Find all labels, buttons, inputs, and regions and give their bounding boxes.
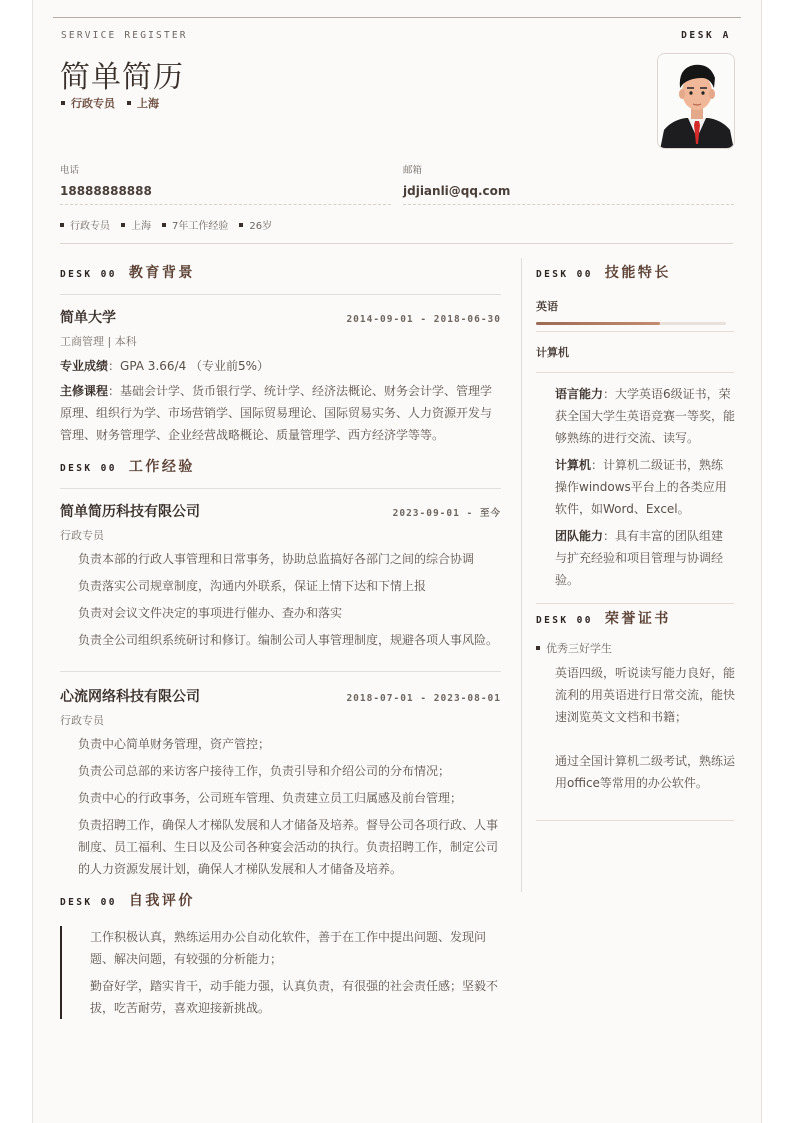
- job-date: 2018-07-01 - 2023-08-01: [346, 693, 501, 704]
- job-duty: 负责中心的行政事务，公司班车管理、负责建立员工归属感及前台管理；: [60, 787, 501, 809]
- section-title: 荣誉证书: [605, 608, 671, 628]
- job-role: 行政专员: [60, 527, 501, 543]
- left-column: DESK 00 教育背景 简单大学 2014-09-01 - 2018-06-3…: [60, 262, 501, 1019]
- job-entry: 心流网络科技有限公司 2018-07-01 - 2023-08-01 行政专员 …: [60, 686, 501, 880]
- self-eval-paragraph: 工作积极认真，熟练运用办公自动化软件，善于在工作中提出问题、发现问题、解决问题，…: [90, 926, 501, 970]
- skill-divider: [536, 331, 734, 332]
- skill-detail: 语言能力：大学英语6级证书，荣获全国大学生英语竞赛一等奖，能够熟练的进行交流、读…: [536, 383, 735, 449]
- gpa-label: 专业成绩: [60, 359, 108, 373]
- section-header: DESK 00 教育背景: [60, 262, 501, 295]
- job-role: 行政专员: [60, 712, 501, 728]
- work-section: DESK 00 工作经验 简单简历科技有限公司 2023-09-01 - 至今 …: [60, 456, 501, 880]
- skill-detail-label: 语言能力: [555, 387, 603, 401]
- meta-tags: 行政专员 上海 7年工作经验 26岁: [60, 217, 272, 232]
- skill-detail-label: 计算机: [555, 458, 591, 472]
- job-duty: 负责公司总部的来访客户接待工作，负责引导和介绍公司的分布情况；: [60, 760, 501, 782]
- honor-paragraph: 通过全国计算机二级考试，熟练运用office等常用的办公软件。: [536, 750, 735, 794]
- skill-progress-fill: [536, 322, 660, 325]
- job-entry: 简单简历科技有限公司 2023-09-01 - 至今 行政专员 负责本部的行政人…: [60, 501, 501, 651]
- service-label: SERVICE REGISTER: [61, 30, 188, 41]
- top-rule: [53, 17, 741, 18]
- section-desk-label: DESK 00: [60, 463, 117, 474]
- section-title: 教育背景: [129, 262, 195, 282]
- meta-tag: 7年工作经验: [162, 217, 228, 232]
- courses-value: ：基础会计学、货币银行学、统计学、经济法概论、财务会计学、管理学原理、组织行为学…: [60, 384, 492, 442]
- job-row: 心流网络科技有限公司 2018-07-01 - 2023-08-01: [60, 686, 501, 706]
- education-date: 2014-09-01 - 2018-06-30: [346, 314, 501, 325]
- right-column: DESK 00 技能特长 英语 计算机 语言能力：大学英语6级证书，荣获全国大学…: [521, 258, 735, 892]
- avatar-portrait-icon: [658, 54, 735, 149]
- header-divider: [60, 243, 733, 244]
- skill-progress-bar: [536, 322, 726, 325]
- phone-block: 电话 18888888888: [60, 162, 391, 205]
- job-date: 2023-09-01 - 至今: [393, 505, 501, 519]
- skill-name: 英语: [536, 298, 735, 314]
- courses-label: 主修课程: [60, 384, 108, 398]
- header-tags: 行政专员 上海: [61, 95, 159, 111]
- section-header: DESK 00 自我评价: [60, 890, 501, 920]
- section-desk-label: DESK 00: [60, 269, 117, 280]
- section-desk-label: DESK 00: [60, 897, 117, 908]
- job-row: 简单简历科技有限公司 2023-09-01 - 至今: [60, 501, 501, 521]
- section-desk-label: DESK 00: [536, 615, 593, 626]
- education-section: DESK 00 教育背景 简单大学 2014-09-01 - 2018-06-3…: [60, 262, 501, 446]
- section-header: DESK 00 工作经验: [60, 456, 501, 489]
- skill-name: 计算机: [536, 344, 735, 360]
- section-header: DESK 00 技能特长: [536, 258, 735, 292]
- skill-detail: 团队能力：具有丰富的团队组建与扩充经验和项目管理与协调经验。: [536, 525, 735, 591]
- email-value[interactable]: jdjianli@qq.com: [403, 184, 734, 205]
- courses-line: 主修课程：基础会计学、货币银行学、统计学、经济法概论、财务会计学、管理学原理、组…: [60, 380, 501, 446]
- job-duty: 负责招聘工作，确保人才梯队发展和人才储备及培养。督导公司各项行政、人事制度、员工…: [60, 814, 501, 880]
- section-title: 工作经验: [129, 456, 195, 476]
- section-header: DESK 00 荣誉证书: [536, 604, 735, 628]
- education-row: 简单大学 2014-09-01 - 2018-06-30: [60, 307, 501, 327]
- honor-paragraph: 英语四级，听说读写能力良好，能流利的用英语进行日常交流，能快速浏览英文文档和书籍…: [536, 662, 735, 728]
- gpa-line: 专业成绩：GPA 3.66/4 （专业前5%）: [60, 355, 501, 377]
- gpa-value: ：GPA 3.66/4 （专业前5%）: [108, 359, 269, 373]
- header-tag: 上海: [127, 95, 159, 111]
- self-eval-paragraph: 勤奋好学，踏实肯干，动手能力强，认真负责，有很强的社会责任感；坚毅不拔，吃苦耐劳…: [90, 975, 501, 1019]
- job-divider: [60, 671, 501, 672]
- email-block: 邮箱 jdjianli@qq.com: [403, 162, 734, 205]
- avatar: [657, 53, 735, 149]
- job-duty: 负责对会议文件决定的事项进行催办、查办和落实: [60, 602, 501, 624]
- meta-tag: 26岁: [239, 217, 272, 232]
- meta-tag: 行政专员: [60, 217, 110, 232]
- section-title: 自我评价: [129, 890, 195, 910]
- meta-tag: 上海: [121, 217, 151, 232]
- section-title: 技能特长: [605, 262, 671, 282]
- header-tag: 行政专员: [61, 95, 115, 111]
- job-duty: 负责落实公司规章制度，沟通内外联系，保证上情下达和下情上报: [60, 575, 501, 597]
- email-label: 邮箱: [403, 162, 734, 176]
- section-divider: [536, 820, 734, 821]
- phone-value[interactable]: 18888888888: [60, 184, 391, 205]
- job-duty: 负责本部的行政人事管理和日常事务，协助总监搞好各部门之间的综合协调: [60, 548, 501, 570]
- candidate-name: 简单简历: [60, 52, 184, 96]
- phone-label: 电话: [60, 162, 391, 176]
- job-duty: 负责中心简单财务管理，资产管控；: [60, 733, 501, 755]
- section-desk-label: DESK 00: [536, 269, 593, 280]
- skill-detail: 计算机：计算机二级证书，熟练操作windows平台上的各类应用软件，如Word、…: [536, 454, 735, 520]
- major: 工商管理 | 本科: [60, 333, 501, 349]
- job-duty: 负责全公司组织系统研讨和修订。编制公司人事管理制度，规避各项人事风险。: [60, 629, 501, 651]
- skill-detail-label: 团队能力: [555, 529, 603, 543]
- company-name: 心流网络科技有限公司: [60, 686, 200, 706]
- company-name: 简单简历科技有限公司: [60, 501, 200, 521]
- honors-section: DESK 00 荣誉证书 优秀三好学生 英语四级，听说读写能力良好，能流利的用英…: [536, 604, 735, 821]
- resume-page: SERVICE REGISTER DESK A 简单简历 行政专员 上海 电话 …: [32, 0, 762, 1123]
- skills-section: DESK 00 技能特长 英语 计算机 语言能力：大学英语6级证书，荣获全国大学…: [536, 258, 735, 591]
- desk-label: DESK A: [681, 30, 731, 41]
- self-eval-quote: 工作积极认真，熟练运用办公自动化软件，善于在工作中提出问题、发现问题、解决问题，…: [60, 926, 501, 1019]
- honor-item: 优秀三好学生: [536, 640, 735, 656]
- self-eval-section: DESK 00 自我评价 工作积极认真，熟练运用办公自动化软件，善于在工作中提出…: [60, 890, 501, 1019]
- school-name: 简单大学: [60, 307, 116, 327]
- skill-divider: [536, 372, 734, 373]
